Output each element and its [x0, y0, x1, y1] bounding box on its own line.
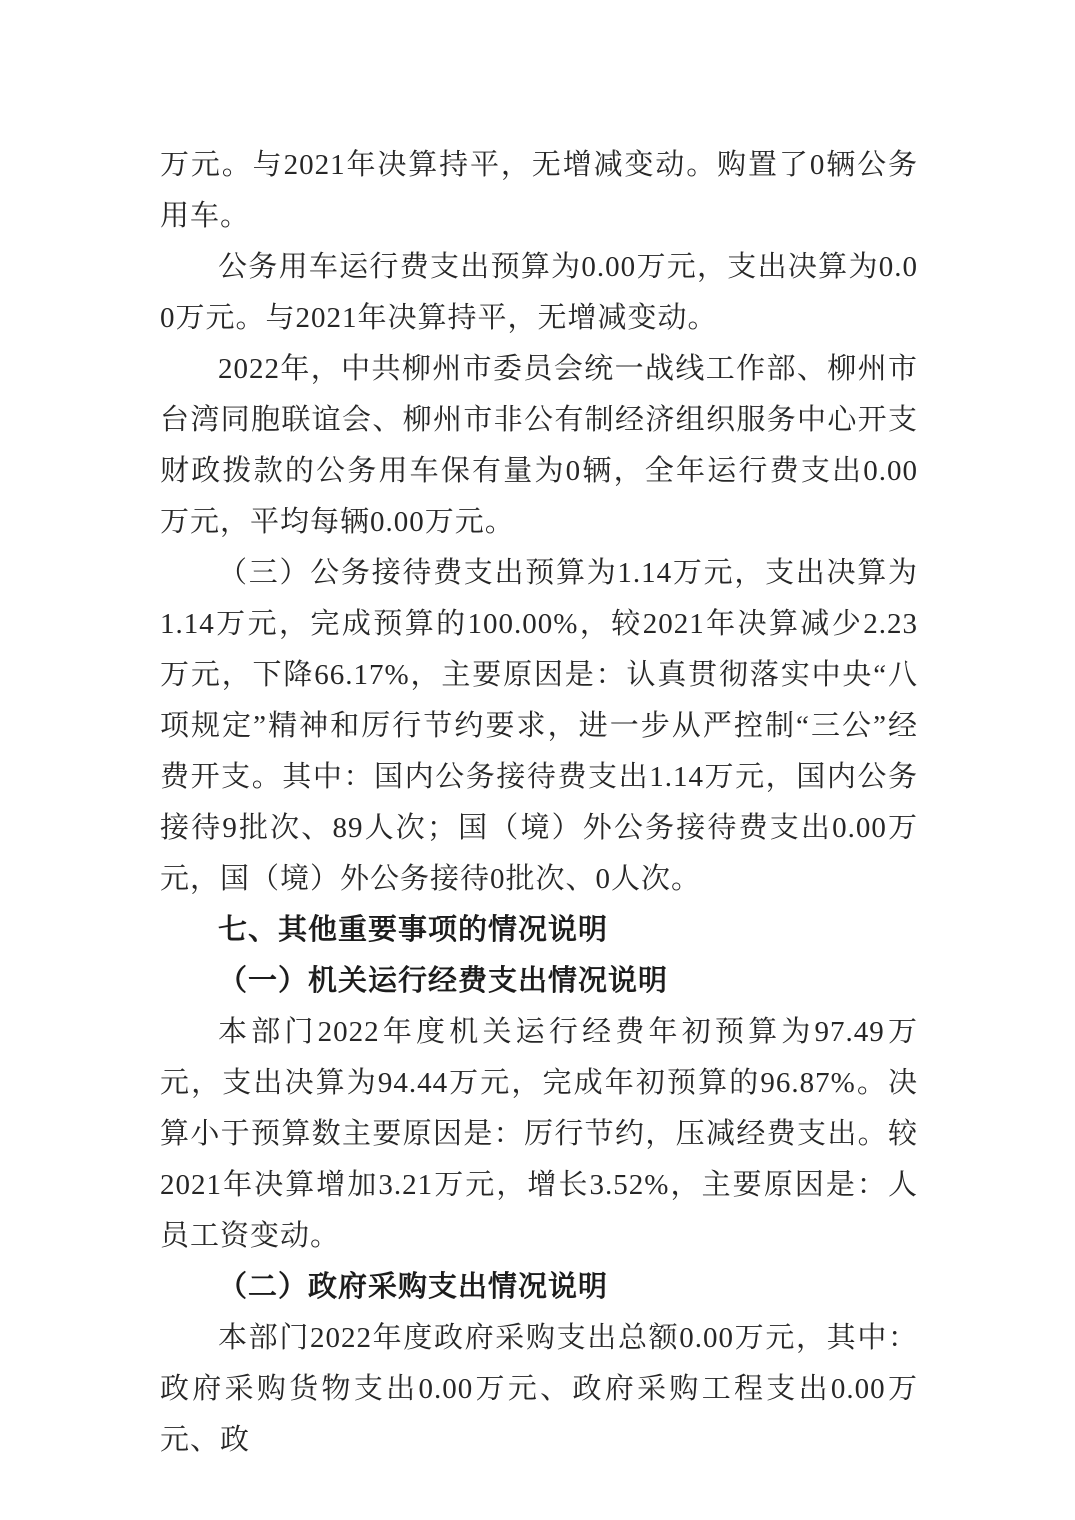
paragraph-government-procurement-detail: 本部门2022年度政府采购支出总额0.00万元，其中：政府采购货物支出0.00万… [160, 1313, 918, 1466]
heading-subsection-one-agency-operating-expense: （一）机关运行经费支出情况说明 [160, 956, 918, 1007]
page-background: 万元。与2021年决算持平，无增减变动。购置了0辆公务用车。 公务用车运行费支出… [0, 0, 1075, 1520]
paragraph-vehicle-operating-cost: 公务用车运行费支出预算为0.00万元，支出决算为0.00万元。与2021年决算持… [160, 242, 918, 344]
paragraph-official-vehicle-purchase-continued: 万元。与2021年决算持平，无增减变动。购置了0辆公务用车。 [160, 140, 918, 242]
heading-section-seven-other-important-matters: 七、其他重要事项的情况说明 [160, 905, 918, 956]
paragraph-vehicle-holdings-2022: 2022年，中共柳州市委员会统一战线工作部、柳州市台湾同胞联谊会、柳州市非公有制… [160, 344, 918, 548]
document-page: { "page": { "background_color": "#ffffff… [0, 0, 1075, 1520]
heading-subsection-two-government-procurement: （二）政府采购支出情况说明 [160, 1262, 918, 1313]
paragraph-official-reception-expense: （三）公务接待费支出预算为1.14万元，支出决算为1.14万元，完成预算的100… [160, 548, 918, 905]
paragraph-agency-operating-expense-detail: 本部门2022年度机关运行经费年初预算为97.49万元，支出决算为94.44万元… [160, 1007, 918, 1262]
document-body: 万元。与2021年决算持平，无增减变动。购置了0辆公务用车。 公务用车运行费支出… [160, 140, 918, 1466]
